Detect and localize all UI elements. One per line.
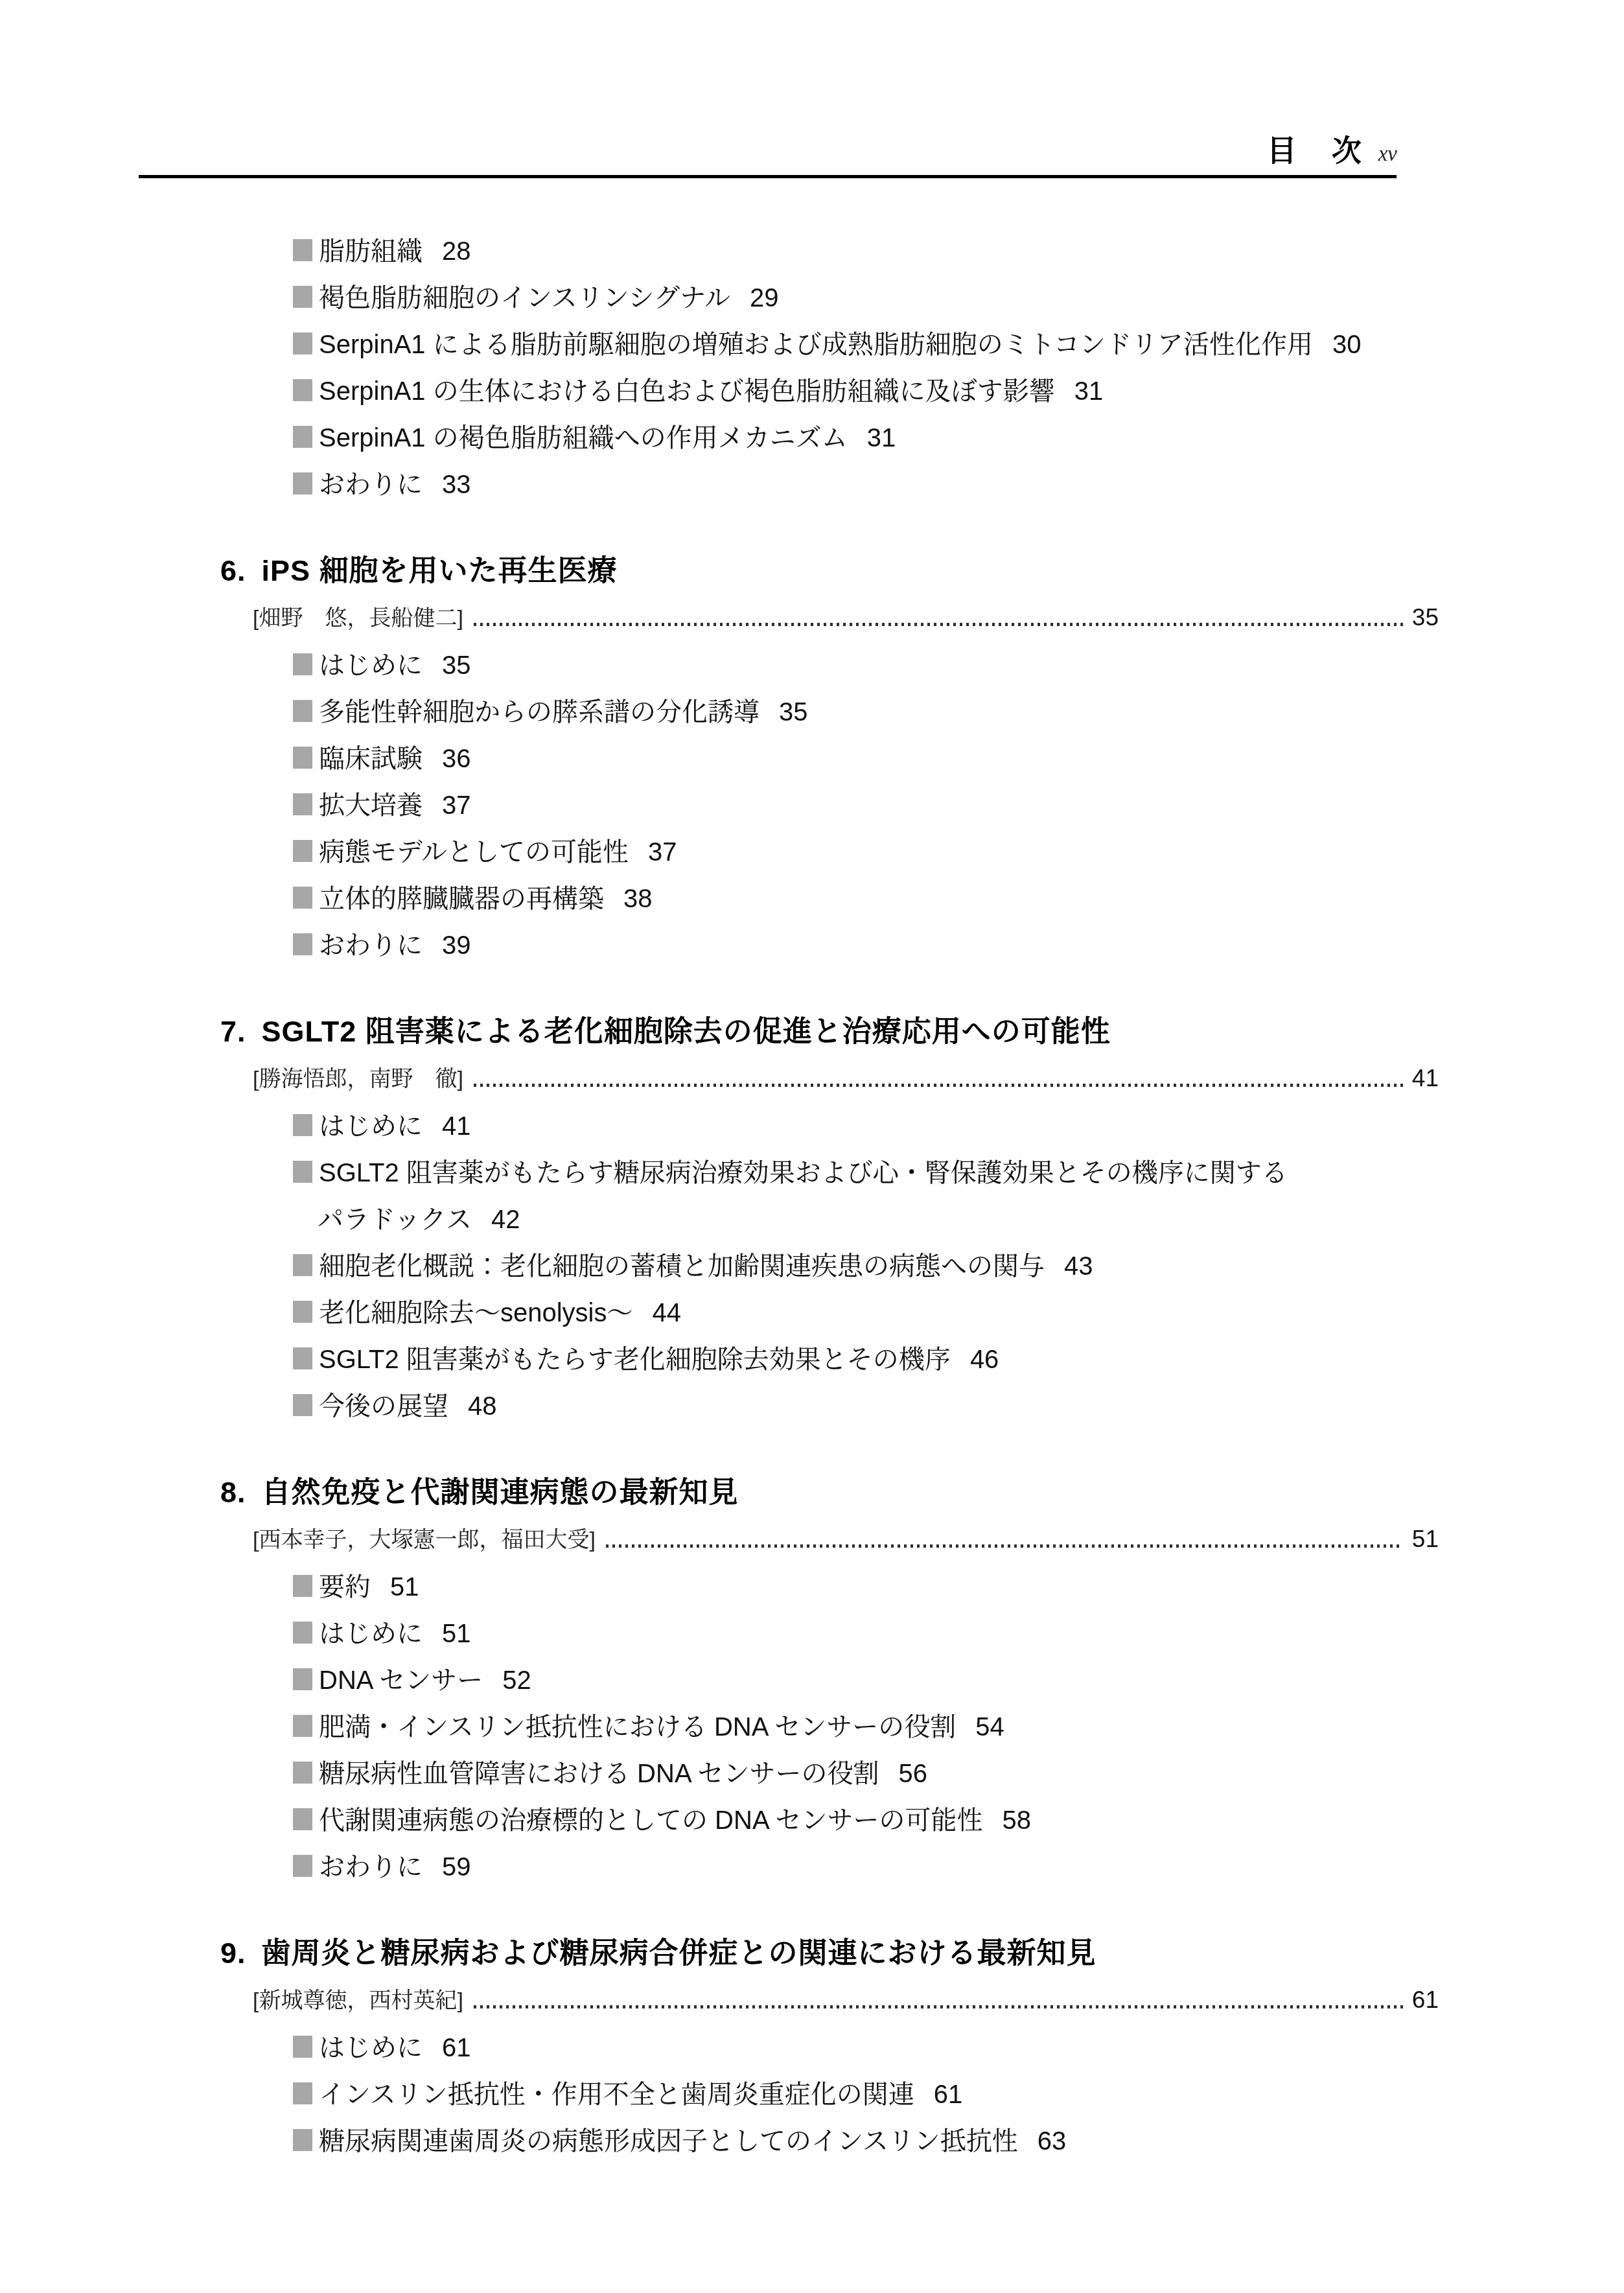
section-title: 8.自然免疫と代謝関連病態の最新知見	[220, 1472, 1439, 1513]
toc-section: 8.自然免疫と代謝関連病態の最新知見 [西本幸子，大塚憲一郎，福田大受] 51 …	[293, 1472, 1439, 1891]
entry-page: 31	[867, 424, 896, 452]
continued-entries: 脂肪組織28褐色脂肪細胞のインスリンシグナル29SerpinA1 による脂肪前駆…	[293, 228, 1439, 508]
bullet-square-icon	[293, 1668, 312, 1690]
entry-title: SGLT2 阻害薬がもたらす糖尿病治療効果および心・腎保護効果とその機序に関する	[319, 1159, 1288, 1187]
toc-entry: おわりに33	[293, 461, 1439, 508]
toc-entry: 脂肪組織28	[293, 228, 1439, 275]
entry-title-line2: パラドックス42	[318, 1196, 1439, 1243]
entry-page: 46	[970, 1345, 999, 1374]
section-page: 41	[1412, 1061, 1439, 1096]
entry-title: インスリン抵抗性・作用不全と歯周炎重症化の関連	[319, 2080, 914, 2109]
section-page: 35	[1412, 600, 1439, 635]
bullet-square-icon	[293, 933, 312, 955]
entry-title: SerpinA1 の褐色脂肪組織への作用メカニズム	[319, 424, 848, 452]
toc-entry: 拡大培養37	[293, 782, 1439, 829]
bullet-square-icon	[293, 1301, 312, 1323]
toc-entry: はじめに51	[293, 1611, 1439, 1657]
entry-page: 51	[390, 1573, 419, 1601]
entry-title: 多能性幹細胞からの膵系譜の分化誘導	[319, 698, 760, 727]
toc-entry: 代謝関連病態の治療標的としての DNA センサーの可能性58	[293, 1797, 1439, 1844]
toc-entry: 病態モデルとしての可能性37	[293, 829, 1439, 876]
toc-entry: インスリン抵抗性・作用不全と歯周炎重症化の関連61	[293, 2071, 1439, 2118]
toc-section: 9.歯周炎と糖尿病および糖尿病合併症との関連における最新知見 [新城尊徳，西村英…	[293, 1933, 1439, 2165]
entry-title: はじめに	[319, 1620, 423, 1648]
toc-entry: 肥満・インスリン抵抗性における DNA センサーの役割54	[293, 1704, 1439, 1751]
section-number: 8.	[220, 1476, 246, 1509]
bullet-square-icon	[293, 1715, 312, 1737]
dotted-leader	[606, 1544, 1403, 1548]
bullet-square-icon	[293, 239, 312, 261]
bullet-square-icon	[293, 887, 312, 909]
entry-page: 61	[442, 2034, 471, 2062]
entry-title: SerpinA1 の生体における白色および褐色脂肪組織に及ぼす影響	[319, 377, 1055, 406]
bullet-square-icon	[293, 1622, 312, 1644]
section-page: 51	[1412, 1522, 1439, 1557]
page-title: 目 次	[1267, 127, 1364, 170]
section-entries: はじめに41SGLT2 阻害薬がもたらす糖尿病治療効果および心・腎保護効果とその…	[293, 1103, 1439, 1430]
entry-title-continuation: パラドックス	[318, 1205, 472, 1234]
entry-page: 42	[491, 1205, 520, 1234]
bullet-square-icon	[293, 472, 312, 495]
entry-page: 28	[442, 237, 471, 266]
toc-entry: はじめに41	[293, 1103, 1439, 1150]
section-title: 6.iPS 細胞を用いた再生医療	[220, 551, 1439, 591]
entry-page: 38	[623, 885, 653, 913]
bullet-square-icon	[293, 2036, 312, 2058]
entry-page: 39	[442, 931, 471, 960]
bullet-square-icon	[293, 747, 312, 769]
toc-entry: おわりに59	[293, 1844, 1439, 1891]
section-authors: [畑野 悠，長船健二]	[253, 601, 463, 636]
bullet-square-icon	[293, 2082, 312, 2104]
toc-content: 脂肪組織28褐色脂肪細胞のインスリンシグナル29SerpinA1 による脂肪前駆…	[293, 228, 1439, 2165]
entry-page: 48	[468, 1392, 497, 1421]
entry-title: はじめに	[319, 651, 423, 680]
entry-title: 病態モデルとしての可能性	[319, 838, 629, 867]
toc-entry: 要約51	[293, 1564, 1439, 1611]
entry-page: 30	[1332, 331, 1362, 359]
section-number: 9.	[220, 1937, 246, 1970]
entry-page: 37	[648, 838, 677, 867]
entry-title: はじめに	[319, 1112, 423, 1141]
bullet-square-icon	[293, 332, 312, 355]
section-authors-line: [畑野 悠，長船健二] 35	[253, 600, 1439, 636]
toc-page: 目 次 xv 脂肪組織28褐色脂肪細胞のインスリンシグナル29SerpinA1 …	[0, 0, 1624, 2293]
entry-page: 58	[1002, 1806, 1031, 1835]
toc-section: 7.SGLT2 阻害薬による老化細胞除去の促進と治療応用への可能性 [勝海悟郎，…	[293, 1012, 1439, 1430]
bullet-square-icon	[293, 1394, 312, 1416]
entry-page: 63	[1038, 2127, 1067, 2156]
entry-title: 細胞老化概説：老化細胞の蓄積と加齢関連疾患の病態への関与	[319, 1252, 1045, 1281]
bullet-square-icon	[293, 700, 312, 722]
bullet-square-icon	[293, 1855, 312, 1877]
toc-entry: SerpinA1 による脂肪前駆細胞の増殖および成熟脂肪細胞のミトコンドリア活性…	[293, 321, 1439, 368]
bullet-square-icon	[293, 793, 312, 815]
toc-entry: SerpinA1 の生体における白色および褐色脂肪組織に及ぼす影響31	[293, 368, 1439, 415]
toc-entry: 糖尿病関連歯周炎の病態形成因子としてのインスリン抵抗性63	[293, 2118, 1439, 2165]
entry-title: おわりに	[319, 1853, 423, 1881]
toc-section: 6.iPS 細胞を用いた再生医療 [畑野 悠，長船健二] 35 はじめに35多能…	[293, 551, 1439, 969]
section-authors: [西本幸子，大塚憲一郎，福田大受]	[253, 1522, 596, 1557]
dotted-leader	[474, 2005, 1403, 2008]
entry-title: 脂肪組織	[319, 237, 423, 266]
toc-entry: DNA センサー52	[293, 1657, 1439, 1704]
section-name: iPS 細胞を用いた再生医療	[262, 554, 618, 587]
toc-entry: 臨床試験36	[293, 736, 1439, 782]
entry-title: SGLT2 阻害薬がもたらす老化細胞除去効果とその機序	[319, 1345, 951, 1374]
entry-title: 糖尿病性血管障害における DNA センサーの役割	[319, 1760, 879, 1788]
toc-entry: SGLT2 阻害薬がもたらす糖尿病治療効果および心・腎保護効果とその機序に関する…	[293, 1150, 1439, 1243]
entry-page: 35	[779, 698, 808, 727]
section-authors: [勝海悟郎，南野 徹]	[253, 1062, 463, 1097]
toc-entry: 老化細胞除去～senolysis～44	[293, 1290, 1439, 1336]
dotted-leader	[474, 623, 1403, 626]
toc-entry: 多能性幹細胞からの膵系譜の分化誘導35	[293, 689, 1439, 736]
entry-page: 36	[442, 745, 471, 773]
section-title: 9.歯周炎と糖尿病および糖尿病合併症との関連における最新知見	[220, 1933, 1439, 1973]
bullet-square-icon	[293, 1161, 312, 1183]
entry-title: 臨床試験	[319, 745, 423, 773]
header-rule	[139, 175, 1397, 178]
entry-title: 立体的膵臓臓器の再構築	[319, 885, 604, 913]
entry-title: はじめに	[319, 2034, 423, 2062]
section-authors: [新城尊徳，西村英紀]	[253, 1983, 463, 2018]
section-number: 6.	[220, 554, 246, 587]
dotted-leader	[474, 1084, 1403, 1087]
section-authors-line: [西本幸子，大塚憲一郎，福田大受] 51	[253, 1522, 1439, 1557]
entry-title: 老化細胞除去～senolysis～	[319, 1299, 633, 1327]
entry-title: DNA センサー	[319, 1666, 483, 1695]
section-entries: 要約51はじめに51DNA センサー52肥満・インスリン抵抗性における DNA …	[293, 1564, 1439, 1891]
entry-page: 59	[442, 1853, 471, 1881]
toc-entry: SerpinA1 の褐色脂肪組織への作用メカニズム31	[293, 415, 1439, 461]
section-authors-line: [勝海悟郎，南野 徹] 41	[253, 1061, 1439, 1097]
section-name: SGLT2 阻害薬による老化細胞除去の促進と治療応用への可能性	[262, 1015, 1111, 1048]
entry-page: 61	[934, 2080, 963, 2109]
entry-title: 糖尿病関連歯周炎の病態形成因子としてのインスリン抵抗性	[319, 2127, 1018, 2156]
section-authors-line: [新城尊徳，西村英紀] 61	[253, 1983, 1439, 2018]
entry-title: 拡大培養	[319, 791, 423, 820]
entry-page: 35	[442, 651, 471, 680]
bullet-square-icon	[293, 840, 312, 862]
toc-entry: はじめに35	[293, 642, 1439, 689]
entry-title: おわりに	[319, 931, 423, 960]
toc-entry: 褐色脂肪細胞のインスリンシグナル29	[293, 275, 1439, 321]
bullet-square-icon	[293, 1808, 312, 1830]
entry-title: おわりに	[319, 471, 423, 499]
entry-title: 要約	[319, 1573, 371, 1601]
entry-page: 54	[975, 1713, 1004, 1741]
entry-page: 44	[653, 1299, 682, 1327]
entry-title: SerpinA1 による脂肪前駆細胞の増殖および成熟脂肪細胞のミトコンドリア活性…	[319, 331, 1313, 359]
bullet-square-icon	[293, 1254, 312, 1276]
entry-page: 33	[442, 471, 471, 499]
section-entries: はじめに35多能性幹細胞からの膵系譜の分化誘導35臨床試験36拡大培養37病態モ…	[293, 642, 1439, 969]
section-entries: はじめに61インスリン抵抗性・作用不全と歯周炎重症化の関連61糖尿病関連歯周炎の…	[293, 2025, 1439, 2165]
entry-title: 肥満・インスリン抵抗性における DNA センサーの役割	[319, 1713, 956, 1741]
entry-page: 52	[502, 1666, 531, 1695]
section-page: 61	[1412, 1983, 1439, 2018]
page-header: 目 次 xv	[0, 127, 1397, 170]
bullet-square-icon	[293, 286, 312, 308]
toc-entry: 細胞老化概説：老化細胞の蓄積と加齢関連疾患の病態への関与43	[293, 1243, 1439, 1290]
bullet-square-icon	[293, 2129, 312, 2151]
toc-entry: 糖尿病性血管障害における DNA センサーの役割56	[293, 1751, 1439, 1797]
section-number: 7.	[220, 1015, 246, 1048]
entry-page: 41	[442, 1112, 471, 1141]
entry-page: 31	[1074, 377, 1104, 406]
toc-entry: SGLT2 阻害薬がもたらす老化細胞除去効果とその機序46	[293, 1336, 1439, 1383]
toc-entry: 立体的膵臓臓器の再構築38	[293, 876, 1439, 922]
bullet-square-icon	[293, 379, 312, 401]
bullet-square-icon	[293, 1114, 312, 1136]
bullet-square-icon	[293, 1575, 312, 1597]
toc-entry: 今後の展望48	[293, 1383, 1439, 1430]
bullet-square-icon	[293, 1347, 312, 1369]
toc-entry: はじめに61	[293, 2025, 1439, 2071]
toc-entry: おわりに39	[293, 922, 1439, 969]
entry-page: 43	[1064, 1252, 1093, 1281]
entry-page: 51	[442, 1620, 471, 1648]
entry-page: 56	[898, 1760, 927, 1788]
page-number-roman: xv	[1378, 143, 1397, 167]
entry-title: 今後の展望	[319, 1392, 448, 1421]
section-name: 自然免疫と代謝関連病態の最新知見	[262, 1476, 739, 1509]
section-title: 7.SGLT2 阻害薬による老化細胞除去の促進と治療応用への可能性	[220, 1012, 1439, 1052]
entry-page: 37	[442, 791, 471, 820]
entry-title: 代謝関連病態の治療標的としての DNA センサーの可能性	[319, 1806, 982, 1835]
section-name: 歯周炎と糖尿病および糖尿病合併症との関連における最新知見	[262, 1937, 1096, 1970]
bullet-square-icon	[293, 1762, 312, 1784]
entry-page: 29	[750, 284, 779, 312]
entry-title: 褐色脂肪細胞のインスリンシグナル	[319, 284, 730, 312]
bullet-square-icon	[293, 653, 312, 675]
bullet-square-icon	[293, 426, 312, 448]
